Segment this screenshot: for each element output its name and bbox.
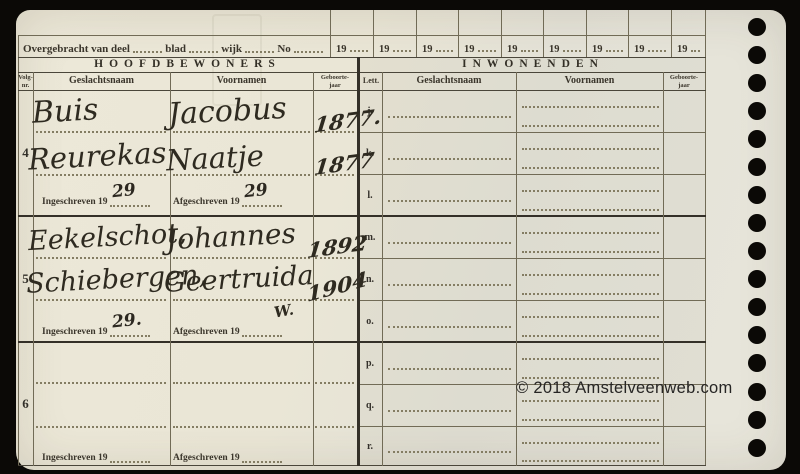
registered-field: Ingeschreven 19 29. [42,326,150,337]
surname-header: Geslachtsnaam [382,72,516,90]
transfer-label: blad [165,43,186,55]
row-number: 6 [18,342,33,466]
ruled-line [173,131,310,133]
registered-label: Ingeschreven 19 [42,197,108,207]
volgnr-header: Volg-nr. [18,74,33,89]
dotted-blank [133,43,162,53]
registered-label: Ingeschreven 19 [42,327,108,337]
letter-header: Lett. [360,72,382,90]
ruled-line [522,125,659,127]
ruled-line [522,400,659,402]
ruled-line [36,299,166,301]
ruled-line [315,382,354,384]
dotted-blank: 29 [242,196,282,207]
birthyear-header: Geboorte-jaar [663,74,705,89]
ruled-line [36,131,166,133]
ruled-line [388,451,511,453]
year-box: 19 [672,37,705,55]
handwritten-registered-year: 29. [111,310,143,333]
punch-hole [748,326,766,344]
deregistered-label: Afgeschreven 19 [173,327,240,337]
scan-shading [359,57,706,466]
dotted-blank [294,43,323,53]
year-prefix: 19 [592,44,603,55]
punch-hole [748,74,766,92]
handwritten-flourish: W. [273,300,296,321]
ruled-line [388,116,511,118]
ruled-line [522,419,659,421]
year-box: 19 [374,37,416,55]
surname-header: Geslachtsnaam [33,72,170,90]
punch-hole [748,411,766,429]
ruled-line [388,410,511,412]
deregistered-field: Afgeschreven 19 [173,326,282,337]
ruled-line [522,460,659,462]
ruled-line [388,158,511,160]
handwritten-firstnames: Geertruida [163,260,314,299]
punch-hole [748,46,766,64]
year-prefix: 19 [379,44,390,55]
grid-line [360,258,706,259]
year-box: 19 [629,37,671,55]
scanned-register-card-photo: Overgebracht van deel blad wijk No 19 19… [0,0,800,474]
transfer-label: wijk [221,43,242,55]
dotted-blank [350,44,369,52]
punch-hole [748,270,766,288]
population-register-card: Overgebracht van deel blad wijk No 19 19… [16,10,786,470]
handwritten-firstnames: Naatje [165,138,264,177]
ruled-line [173,257,310,259]
firstnames-header: Voornamen [516,72,663,90]
punch-hole [748,354,766,372]
inwonenden-row-letter: p. [358,342,382,384]
year-prefix: 19 [549,44,560,55]
copyright-watermark: © 2018 Amstelveenweb.com [516,379,733,398]
punch-hole [748,214,766,232]
dotted-blank [189,43,218,53]
ruled-line [388,368,511,370]
inwonenden-row-letter: r. [358,426,382,466]
year-prefix: 19 [677,44,688,55]
ruled-line [522,209,659,211]
ruled-line [522,274,659,276]
birthyear-header: Geboorte-jaar [313,74,357,89]
registered-field: Ingeschreven 19 29 [42,196,150,207]
punch-hole [748,102,766,120]
deregistered-label: Afgeschreven 19 [173,453,240,463]
punch-hole [748,439,766,457]
year-box: 19 [502,37,543,55]
year-box: 19 [587,37,628,55]
grid-line [360,426,706,427]
transfer-label: Overgebracht van deel [23,43,130,55]
handwritten-surname: Reurekas [27,135,167,176]
punch-hole [748,158,766,176]
grid-line [18,35,706,36]
hoofdbewoners-title: HOOFDBEWONERS [18,58,357,72]
transfer-label: No [277,43,290,55]
firstnames-header: Voornamen [170,72,313,90]
grid-line [360,132,706,133]
year-prefix: 19 [336,44,347,55]
dotted-blank [521,44,539,52]
dotted-blank [242,326,282,337]
ruled-line [522,293,659,295]
ruled-line [522,335,659,337]
ruled-line [522,106,659,108]
ruled-line [522,316,659,318]
year-prefix: 19 [507,44,518,55]
grid-line [360,174,706,175]
ruled-line [522,442,659,444]
year-box: 19 [459,37,501,55]
punch-hole [748,18,766,36]
ruled-line [315,426,354,428]
dotted-blank [691,44,701,52]
ruled-line [522,251,659,253]
inwonenden-row-letter: l. [358,174,382,216]
dotted-blank [110,452,150,463]
ruled-line [36,382,166,384]
dotted-blank [436,44,454,52]
punch-hole [748,298,766,316]
handwritten-deregistered-year: 29 [243,180,269,202]
ruled-line [36,257,166,259]
dotted-blank [393,44,412,52]
ruled-line [388,326,511,328]
year-box: 19 [331,37,373,55]
punch-hole [748,130,766,148]
deregistered-field: Afgeschreven 19 [173,452,282,463]
year-prefix: 19 [422,44,433,55]
year-prefix: 19 [464,44,475,55]
dotted-blank [648,44,667,52]
dotted-blank: 29. [110,326,150,337]
inwonenden-title: INWONENDEN [360,58,706,72]
ruled-line [388,242,511,244]
punch-hole [748,242,766,260]
handwritten-firstnames: Johannes [165,217,296,257]
year-prefix: 19 [634,44,645,55]
transfer-row: Overgebracht van deel blad wijk No [23,37,326,55]
dotted-blank [563,44,582,52]
inwonenden-row-letter: o. [358,300,382,342]
year-box: 19 [417,37,458,55]
dotted-blank [606,44,624,52]
deregistered-field: Afgeschreven 19 29 [173,196,282,207]
ruled-line [36,426,166,428]
ruled-line [522,232,659,234]
ruled-line [522,190,659,192]
dotted-blank [242,452,282,463]
ruled-line [173,426,310,428]
ruled-line [388,200,511,202]
handwritten-surname: Eekelschot, [27,218,187,257]
deregistered-label: Afgeschreven 19 [173,197,240,207]
punch-hole [748,186,766,204]
dotted-blank: 29 [110,196,150,207]
ruled-line [522,148,659,150]
registered-field: Ingeschreven 19 [42,452,150,463]
punch-hole [748,383,766,401]
handwritten-registered-year: 29 [111,180,137,202]
dotted-blank [478,44,497,52]
inwonenden-row-letter: q. [358,384,382,426]
ruled-line [522,167,659,169]
grid-line [360,300,706,301]
handwritten-surname: Buis [31,92,99,130]
handwritten-firstnames: Jacobus [167,91,287,132]
ruled-line [522,358,659,360]
ruled-line [388,284,511,286]
year-box: 19 [544,37,586,55]
dotted-blank [245,43,274,53]
registered-label: Ingeschreven 19 [42,453,108,463]
ruled-line [173,382,310,384]
